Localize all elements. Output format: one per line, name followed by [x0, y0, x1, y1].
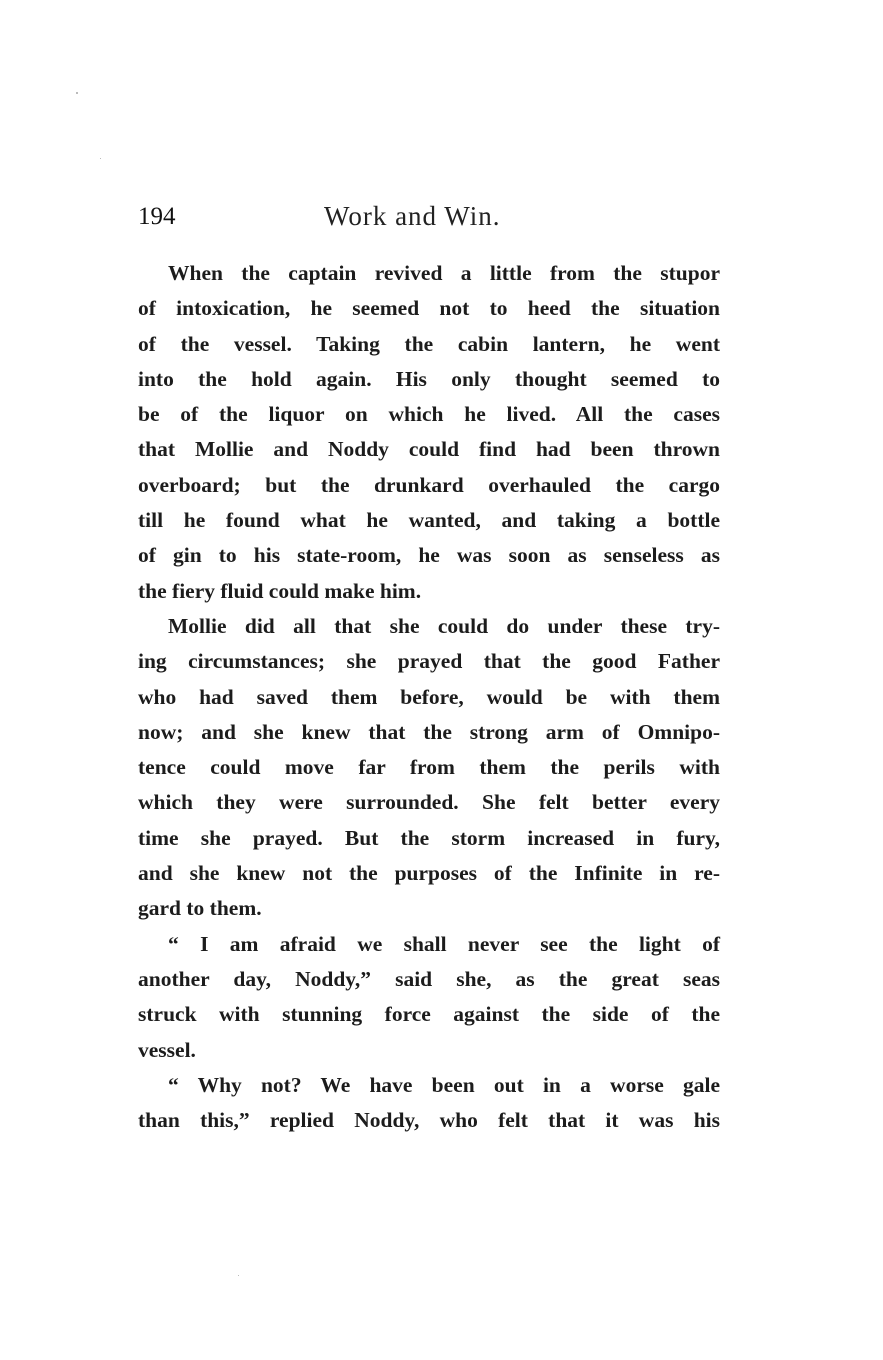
text-line: of gin to his state-room, he was soon as… — [138, 538, 720, 573]
text-line: of intoxication, he seemed not to heed t… — [138, 291, 720, 326]
text-line: gard to them. — [138, 891, 720, 926]
scan-speck — [238, 1275, 239, 1276]
text-line: Mollie did all that she could do under t… — [138, 609, 720, 644]
scan-speck — [100, 158, 101, 159]
text-line: ing circumstances; she prayed that the g… — [138, 644, 720, 679]
running-title: Work and Win. — [324, 201, 500, 232]
text-line: of the vessel. Taking the cabin lantern,… — [138, 327, 720, 362]
text-line: and she knew not the purposes of the Inf… — [138, 856, 720, 891]
text-line: “ Why not? We have been out in a worse g… — [138, 1068, 720, 1103]
scan-speck — [76, 92, 78, 94]
text-line: overboard; but the drunkard overhauled t… — [138, 468, 720, 503]
text-line: struck with stunning force against the s… — [138, 997, 720, 1032]
text-line: that Mollie and Noddy could find had bee… — [138, 432, 720, 467]
text-line: “ I am afraid we shall never see the lig… — [138, 927, 720, 962]
text-line: time she prayed. But the storm increased… — [138, 821, 720, 856]
text-line: the fiery fluid could make him. — [138, 574, 720, 609]
text-line: which they were surrounded. She felt bet… — [138, 785, 720, 820]
text-line: who had saved them before, would be with… — [138, 680, 720, 715]
text-line: now; and she knew that the strong arm of… — [138, 715, 720, 750]
text-line: than this,” replied Noddy, who felt that… — [138, 1103, 720, 1138]
text-line: vessel. — [138, 1033, 720, 1068]
text-line: till he found what he wanted, and taking… — [138, 503, 720, 538]
text-line: tence could move far from them the peril… — [138, 750, 720, 785]
text-line: another day, Noddy,” said she, as the gr… — [138, 962, 720, 997]
page-header: 194 Work and Win. — [138, 203, 720, 239]
book-page: 194 Work and Win. When the captain reviv… — [0, 0, 883, 1360]
text-line: be of the liquor on which he lived. All … — [138, 397, 720, 432]
page-number: 194 — [138, 203, 176, 231]
text-line: When the captain revived a little from t… — [138, 256, 720, 291]
text-line: into the hold again. His only thought se… — [138, 362, 720, 397]
body-text: When the captain revived a little from t… — [138, 256, 720, 1138]
